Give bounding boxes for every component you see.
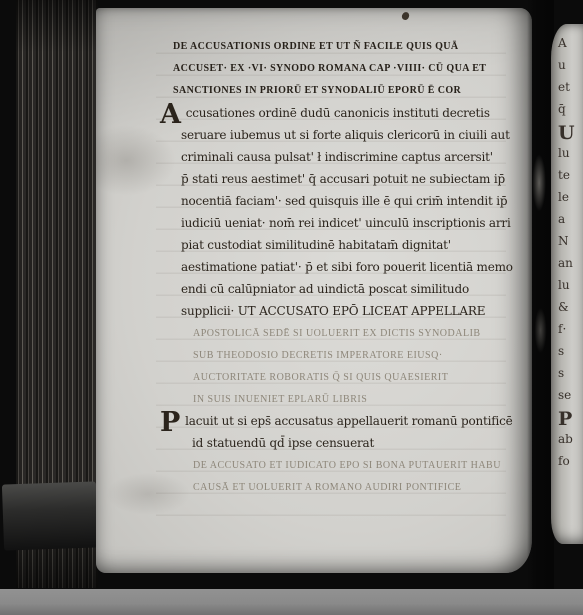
fragment-line: N <box>551 234 583 256</box>
fragment-line: f· <box>551 322 583 344</box>
fragment-line: A <box>551 36 583 58</box>
fragment-line: fo <box>551 454 583 476</box>
fragment-line: te <box>551 168 583 190</box>
fragment-line: an <box>551 256 583 278</box>
fragment-line: u <box>551 58 583 80</box>
text-line: Accusationes ordinē dudū canonicis insti… <box>181 104 543 126</box>
manuscript-page: DE ACCUSATIONIS ORDINE ET UT Ñ FACILE QU… <box>96 8 532 573</box>
text-line: aestimatione patiat'· p̄ et sibi foro po… <box>181 258 543 280</box>
manuscript-text-block: DE ACCUSATIONIS ORDINE ET UT Ñ FACILE QU… <box>181 38 543 500</box>
fragment-line: lu <box>551 146 583 168</box>
text-line: endi cū calūpniator ad uindictā poscat s… <box>181 280 543 302</box>
ink-blot-mark <box>401 11 410 21</box>
fragment-line: s <box>551 344 583 366</box>
text-line: criminali causa pulsat' ł indiscrimine c… <box>181 148 543 170</box>
fragment-line: s <box>551 366 583 388</box>
text-line: IN SUIS INUENIET EPLARŪ LIBRIS <box>193 390 543 412</box>
facing-text-fragments: Auetq̄UluteleaNanlu&f·sssePabfo <box>551 24 583 476</box>
text-line: CAUSĀ ET UOLUERIT A ROMANO AUDIRI PONTIF… <box>193 478 543 500</box>
text-line: SUB THEODOSIO DECRETIS IMPERATORE EIUSQ· <box>193 346 543 368</box>
manuscript-photo: DE ACCUSATIONIS ORDINE ET UT Ñ FACILE QU… <box>0 0 583 615</box>
text-line: APOSTOLICĀ SEDĒ SI UOLUERIT EX DICTIS SY… <box>193 324 543 346</box>
text-line: seruare iubemus ut si forte aliquis cler… <box>181 126 543 148</box>
text-line: supplicii· UT ACCUSATO EPŌ LICEAT APPELL… <box>181 302 543 324</box>
fragment-line: le <box>551 190 583 212</box>
text-line: DE ACCUSATIONIS ORDINE ET UT Ñ FACILE QU… <box>173 38 543 60</box>
fragment-line: q̄ <box>551 102 583 124</box>
facing-page-sliver: Auetq̄UluteleaNanlu&f·sssePabfo <box>551 24 583 544</box>
fragment-line: lu <box>551 278 583 300</box>
text-line: id statuendū qd̄ ipse censuerat <box>192 434 543 456</box>
scan-bottom-strip <box>0 589 583 615</box>
book-board-corner <box>2 481 98 550</box>
text-line: AUCTORITATE ROBORATIS Q̄ SI QUIS QUAESIE… <box>193 368 543 390</box>
text-line: nocentiā faciam'· sed quisquis ille ē qu… <box>181 192 543 214</box>
fragment-line: P <box>551 410 583 432</box>
fragment-line: ab <box>551 432 583 454</box>
text-line: ACCUSET· EX ·VI· SYNODO ROMANA CAP ·VIII… <box>173 60 543 82</box>
fragment-line: et <box>551 80 583 102</box>
text-line: p̄ stati reus aestimet' q̄ accusari potu… <box>181 170 543 192</box>
text-line: DE ACCUSATO ET IUDICATO EPO SI BONA PUTA… <box>193 456 543 478</box>
gutter-shadow <box>527 0 554 590</box>
text-line: piat custodiat similitudinē habitatam̄ d… <box>181 236 543 258</box>
text-line: SANCTIONES IN PRIORŪ ET SYNODALIŪ EPORŪ … <box>173 82 543 104</box>
fragment-line: se <box>551 388 583 410</box>
fragment-line: U <box>551 124 583 146</box>
fragment-line: a <box>551 212 583 234</box>
text-line: Placuit ut si eps̄ accusatus appellaueri… <box>181 412 543 434</box>
fragment-line: & <box>551 300 583 322</box>
text-line: iudiciū ueniat· nom̄ rei indicet' uincul… <box>181 214 543 236</box>
